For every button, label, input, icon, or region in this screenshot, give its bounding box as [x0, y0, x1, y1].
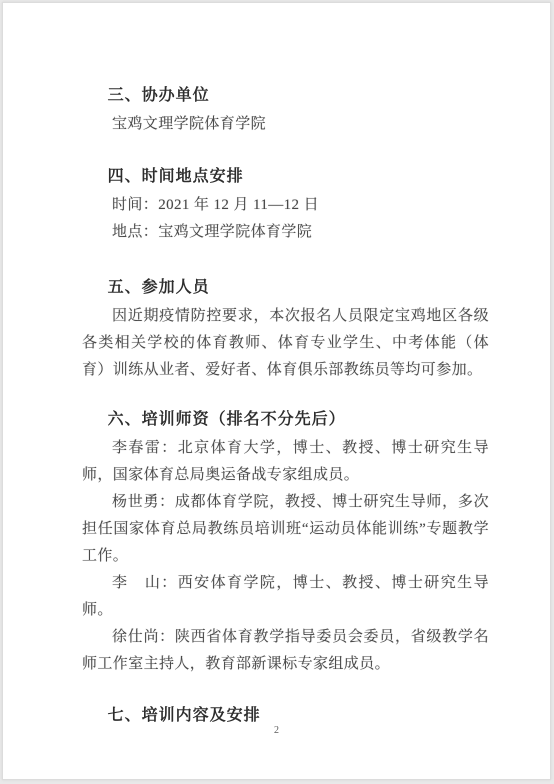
section-heading: 五、参加人员 [82, 277, 489, 299]
document-page: 三、协办单位 宝鸡文理学院体育学院 四、时间地点安排 时间：2021 年 12 … [2, 2, 551, 780]
paragraph: 宝鸡文理学院体育学院 [82, 111, 489, 138]
paragraph-place: 地点：宝鸡文理学院体育学院 [82, 219, 489, 246]
section-heading: 六、培训师资（排名不分先后） [82, 409, 489, 431]
page-content: 三、协办单位 宝鸡文理学院体育学院 四、时间地点安排 时间：2021 年 12 … [3, 3, 550, 727]
section-heading: 三、协办单位 [82, 85, 489, 107]
section-heading: 七、培训内容及安排 [82, 705, 489, 727]
section-trainers: 六、培训师资（排名不分先后） 李春雷：北京体育大学，博士、教授、博士研究生导师，… [82, 409, 489, 678]
section-training-content: 七、培训内容及安排 [82, 705, 489, 727]
section-participants: 五、参加人员 因近期疫情防控要求，本次报名人员限定宝鸡地区各级各类相关学校的体育… [82, 277, 489, 384]
paragraph-trainer-li-chunlei: 李春雷：北京体育大学，博士、教授、博士研究生导师，国家体育总局奥运备战专家组成员… [82, 435, 489, 489]
section-heading: 四、时间地点安排 [82, 166, 489, 188]
paragraph-trainer-li-shan: 李 山：西安体育学院，博士、教授、博士研究生导师。 [82, 570, 489, 624]
section-co-organizer: 三、协办单位 宝鸡文理学院体育学院 [82, 85, 489, 138]
page-number: 2 [3, 725, 550, 736]
paragraph: 因近期疫情防控要求，本次报名人员限定宝鸡地区各级各类相关学校的体育教师、体育专业… [82, 303, 489, 384]
paragraph-time: 时间：2021 年 12 月 11—12 日 [82, 192, 489, 219]
section-time-place: 四、时间地点安排 时间：2021 年 12 月 11—12 日 地点：宝鸡文理学… [82, 166, 489, 246]
paragraph-trainer-xu-shishang: 徐仕尚：陕西省体育教学指导委员会委员，省级教学名师工作室主持人，教育部新课标专家… [82, 624, 489, 678]
paragraph-trainer-yang-shiyong: 杨世勇：成都体育学院，教授、博士研究生导师，多次担任国家体育总局教练员培训班“运… [82, 489, 489, 570]
